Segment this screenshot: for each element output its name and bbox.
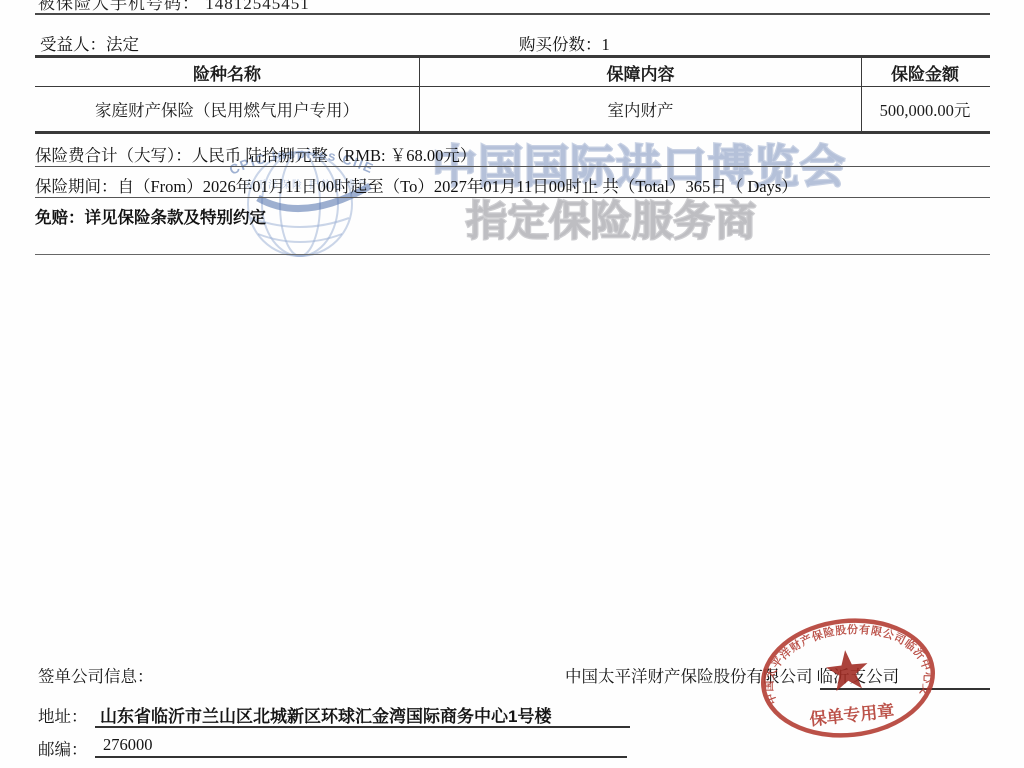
coverage-table-data-row: 家庭财产保险（民用燃气用户专用） 室内财产 500,000.00元 [35, 87, 990, 131]
deductible-row: 免赔：详见保险条款及特别约定 [35, 198, 990, 255]
deductible-label: 免赔： [35, 208, 85, 227]
premium-total-value: 人民币 陆拾捌元整（RMB: ￥68.00元） [192, 146, 477, 165]
purchase-count-label: 购买份数： [519, 35, 602, 54]
postal-code-underline [95, 756, 627, 758]
address-label: 地址： [38, 703, 88, 727]
coverage-table: 险种名称 保障内容 保险金额 家庭财产保险（民用燃气用户专用） 室内财产 500… [35, 55, 990, 134]
premium-total-row: 保险费合计（大写）：人民币 陆拾捌元整（RMB: ￥68.00元） [35, 132, 990, 167]
premium-total-label: 保险费合计（大写）： [35, 146, 192, 165]
insurance-period-value: 自（From）2026年01月11日00时起至（To）2027年01月11日00… [118, 177, 798, 196]
header-insurance-type: 险种名称 [35, 58, 420, 86]
seal-center-label: 保单专用章 [809, 700, 896, 729]
seal-star-icon [824, 648, 870, 692]
coverage-table-header-row: 险种名称 保障内容 保险金额 [35, 58, 990, 87]
company-seal: 中国太平洋财产保险股份有限公司临沂中心支公司 保单专用章 [753, 608, 943, 748]
purchase-count-field: 购买份数：1 [519, 31, 610, 55]
beneficiary-field: 受益人：法定 [40, 31, 139, 55]
insurance-period-row: 保险期间：自（From）2026年01月11日00时起至（To）2027年01月… [35, 167, 990, 198]
insurance-policy-document: CPIC Inspires CIIE 太平洋保险 护航进博会 中国国际进口博览会… [0, 0, 1024, 768]
header-insured-amount: 保险金额 [862, 58, 988, 86]
insured-phone-value: 14812545451 [205, 0, 310, 13]
cell-insured-amount: 500,000.00元 [862, 87, 988, 131]
insured-phone-row: 被保险人手机号码： 14812545451 [38, 0, 310, 14]
header-coverage-content: 保障内容 [420, 58, 862, 86]
cell-insurance-type: 家庭财产保险（民用燃气用户专用） [35, 87, 420, 131]
beneficiary-label: 受益人： [40, 35, 106, 54]
postal-code-value: 276000 [103, 735, 153, 755]
cell-coverage-content: 室内财产 [420, 87, 862, 131]
address-underline [95, 726, 630, 728]
deductible-value: 详见保险条款及特别约定 [85, 208, 267, 227]
insurance-period-label: 保险期间： [35, 177, 118, 196]
insured-phone-label: 被保险人手机号码： [38, 0, 200, 13]
purchase-count-value: 1 [602, 35, 610, 54]
postal-code-label: 邮编： [38, 736, 88, 760]
beneficiary-value: 法定 [106, 35, 139, 54]
address-value: 山东省临沂市兰山区北城新区环球汇金湾国际商务中心1号楼 [100, 702, 551, 727]
divider-deductible [35, 254, 990, 256]
signing-company-info-label: 签单公司信息： [38, 663, 154, 687]
